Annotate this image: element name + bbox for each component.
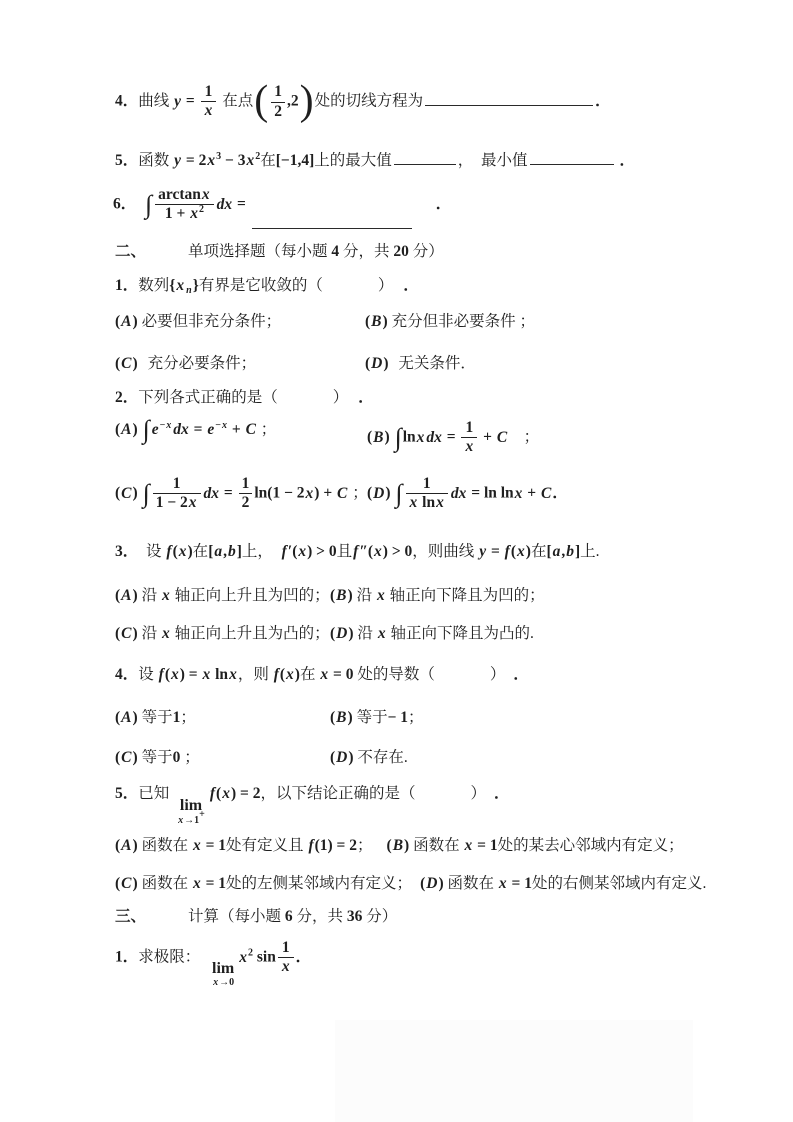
mc3-option-c: (C) 沿 x 轴正向上升且为凸的； — [115, 624, 330, 645]
mc-question-2-stem: 2．下列各式正确的是（）． — [115, 388, 374, 409]
fill-in-question-4: 4．曲线 y = 1x 在点(12,2)处的切线方程为． — [115, 84, 611, 120]
scan-shading-artifact — [335, 1020, 693, 1122]
mc-question-3-stem: 3． 设 f(x)在[a,b]上， f′(x) > 0且f″(x) > 0，则曲… — [115, 542, 600, 563]
mc2-options-row-2: (C) ∫11 − 2xdx = 12ln(1 − 2x) + C ； (D) … — [115, 476, 568, 512]
mc2-option-c: (C) ∫11 − 2xdx = 12ln(1 − 2x) + C ； — [115, 476, 367, 512]
mc2-option-d: (D) ∫1x lnxdx = ln lnx + C． — [367, 476, 568, 512]
mc-question-1-stem: 1．数列{xn}有界是它收敛的（）． — [115, 276, 419, 297]
mc1-option-d: (D) 无关条件． — [365, 354, 476, 375]
fill-in-question-6: 6． ∫arctanx1 + x2dx = ． — [113, 187, 451, 223]
mc5-option-d: (D) 函数在 x = 1处的右侧某邻域内有定义. — [420, 874, 706, 895]
calc-question-1: 1．求极限： limx→0x2 sin1x． — [115, 940, 311, 988]
mc2-options-row-1: (A) ∫e−xdx = e−x + C ； (B) ∫lnxdx = 1x +… — [115, 420, 539, 456]
mc2-option-a: (A) ∫e−xdx = e−x + C ； — [115, 420, 367, 456]
mc-question-5-stem: 5．已知 limx→1+f(x) = 2，以下结论正确的是（）． — [115, 784, 510, 826]
exam-page: 4．曲线 y = 1x 在点(12,2)处的切线方程为． 5．函数 y = 2x… — [0, 0, 793, 1122]
mc4-option-b: (B) 等于− 1； — [330, 708, 424, 729]
mc3-option-a: (A) 沿 x 轴正向上升且为凹的； — [115, 586, 330, 607]
mc1-option-a: (A) 必要但非充分条件； — [115, 312, 365, 333]
mc4-options-row-2: (C) 等于0 ； (D) 不存在. — [115, 748, 408, 769]
mc2-option-b: (B) ∫lnxdx = 1x + C ； — [367, 420, 539, 456]
mc3-option-b: (B) 沿 x 轴正向下降且为凹的； — [330, 586, 545, 607]
mc4-options-row-1: (A) 等于1； (B) 等于− 1； — [115, 708, 424, 729]
mc5-option-b: (B) 函数在 x = 1处的某去心邻域内有定义； — [387, 836, 684, 857]
mc4-option-d: (D) 不存在. — [330, 748, 408, 769]
mc4-option-c: (C) 等于0 ； — [115, 748, 330, 769]
mc3-options-row-1: (A) 沿 x 轴正向上升且为凹的； (B) 沿 x 轴正向下降且为凹的； — [115, 586, 545, 607]
section-2-header: 二、单项选择题（每小题 4 分，共 20 分） — [115, 242, 444, 263]
mc1-option-c: (C) 充分必要条件； — [115, 354, 365, 375]
mc5-options-row-1: (A) 函数在 x = 1处有定义且 f(1) = 2； (B) 函数在 x =… — [115, 836, 684, 857]
fill-in-question-5: 5．函数 y = 2x3 − 3x2在[−1,4]上的最大值， 最小值 ． — [115, 149, 635, 172]
mc-question-4-stem: 4．设 f(x) = x lnx，则 f(x)在 x = 0 处的导数（）． — [115, 665, 529, 686]
mc1-option-b: (B) 充分但非必要条件 ； — [365, 312, 535, 333]
mc3-option-d: (D) 沿 x 轴正向下降且为凸的. — [330, 624, 534, 645]
mc4-option-a: (A) 等于1； — [115, 708, 330, 729]
mc3-options-row-2: (C) 沿 x 轴正向上升且为凸的； (D) 沿 x 轴正向下降且为凸的. — [115, 624, 534, 645]
mc1-options-row-2: (C) 充分必要条件； (D) 无关条件． — [115, 354, 476, 375]
mc5-options-row-2: (C) 函数在 x = 1处的左侧某邻域内有定义； (D) 函数在 x = 1处… — [115, 874, 706, 895]
mc1-options-row-1: (A) 必要但非充分条件； (B) 充分但非必要条件 ； — [115, 312, 535, 333]
mc5-option-a: (A) 函数在 x = 1处有定义且 f(1) = 2； — [115, 836, 373, 857]
section-3-header: 三、计算（每小题 6 分，共 36 分） — [115, 907, 397, 928]
mc5-option-c: (C) 函数在 x = 1处的左侧某邻域内有定义； — [115, 874, 412, 895]
